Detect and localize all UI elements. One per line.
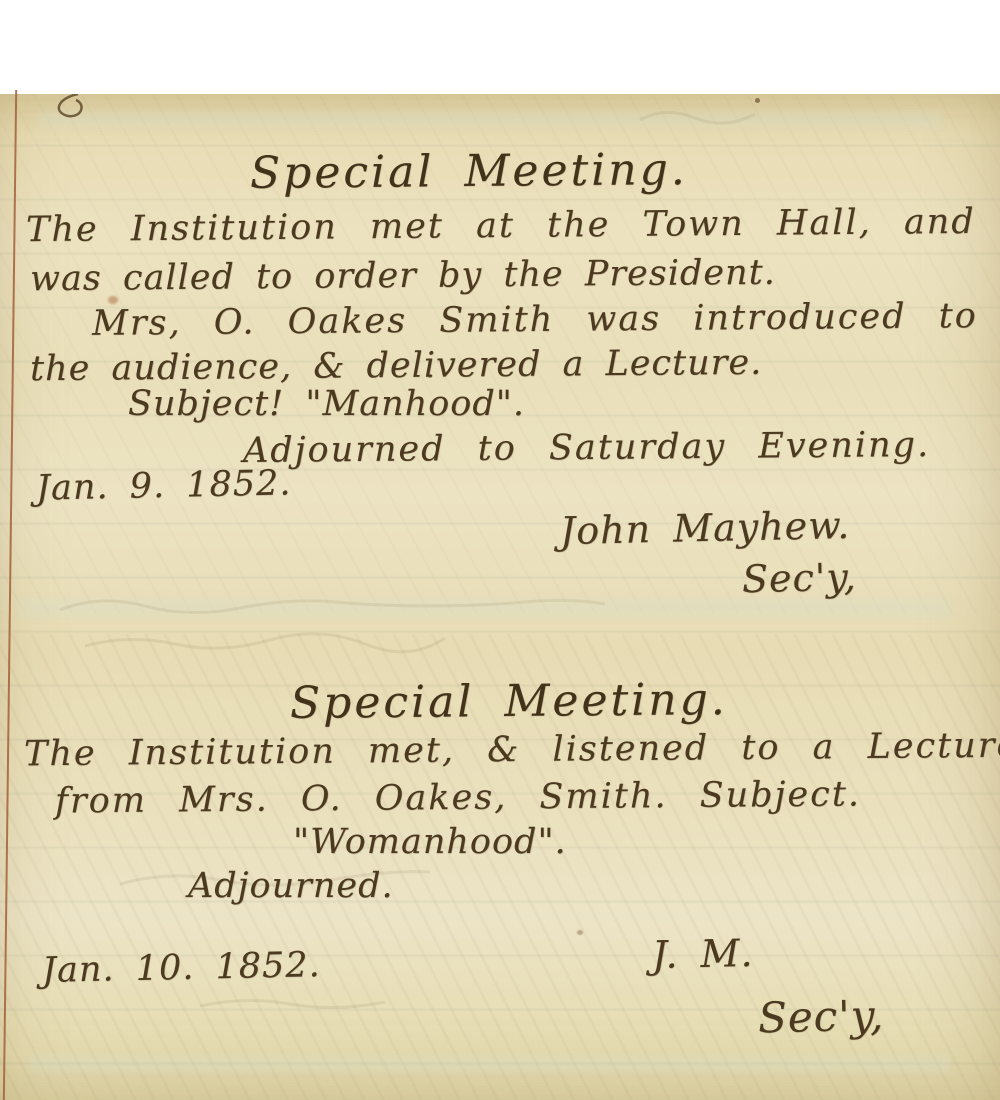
secretary-signature: John Mayhew. [560,503,851,553]
secretary-title: Sec'y, [758,991,885,1043]
margin-rule-line [3,90,17,1100]
manuscript-page: Special Meeting. The Institution met at … [0,94,1000,1100]
minutes-line: The Institution met, & listened to a Lec… [24,726,1000,775]
scanned-manuscript-screenshot: { "page_type": "Scanned page of handwrit… [0,0,1000,1100]
minutes-line: the audience, & delivered a Lecture. [30,343,763,389]
minutes-line: was called to order by the President. [30,253,776,300]
minutes-line: from Mrs. O. Oakes, Smith. Subject. [55,774,861,821]
minutes-line: "Womanhood". [293,822,567,862]
secretary-signature: J. M. [652,931,754,977]
meeting-heading: Special Meeting. [290,674,728,729]
scan-light-band [30,1056,950,1072]
minutes-line: Adjourned. [188,866,394,906]
minutes-line: Adjourned to Saturday Evening. [243,425,930,471]
meeting-heading: Special Meeting. [250,144,688,199]
scan-light-band [40,112,940,128]
minutes-line: The Institution met at the Town Hall, an… [26,202,976,250]
secretary-title: Sec'y, [742,555,858,601]
minutes-line: Subject! "Manhood". [128,384,525,424]
entry-date: Jan. 9. 1852. [36,463,292,508]
paper-speck [755,98,760,103]
entry-date: Jan. 10. 1852. [42,945,321,991]
scan-light-band [20,599,950,617]
paper-speck [577,930,583,935]
minutes-line: Mrs, O. Oakes Smith was introduced to [92,296,978,344]
